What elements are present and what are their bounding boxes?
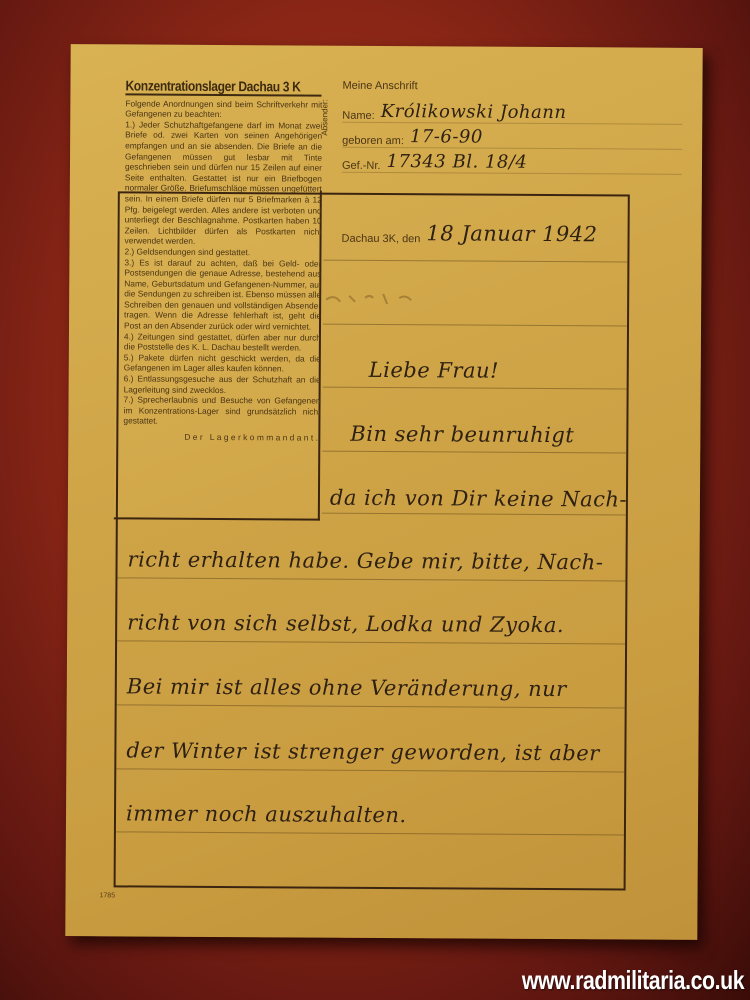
date-value: 18 Januar 1942 (426, 221, 597, 246)
letter-line-6: Bei mir ist alles ohne Veränderung, nur (127, 674, 567, 701)
sender-side-label: Absender: (320, 76, 329, 136)
letter-line-4: richt erhalten habe. Gebe mir, bitte, Na… (128, 547, 604, 574)
place-label: Dachau 3K, den (342, 233, 421, 245)
birthdate-value: 17-6-90 (410, 127, 483, 147)
sender-address-block: Meine Anschrift Name: Królikowski Johann… (342, 80, 683, 175)
rules-panel: Konzentrationslager Dachau 3 K Folgende … (123, 80, 322, 443)
letter-line-5: richt von sich selbst, Lodka und Zyoka. (127, 610, 564, 637)
prisoner-number-label: Gef.-Nr. (342, 160, 381, 172)
form-title: Konzentrationslager Dachau 3 K (125, 80, 321, 96)
birthdate-label: geboren am: (342, 135, 404, 147)
rule-1: 1.) Jeder Schutzhaftgefangene darf im Mo… (124, 119, 322, 247)
prisoner-number-row: Gef.-Nr. 17343 Bl. 18/4 (342, 148, 682, 175)
rule-3: 3.) Es ist darauf zu achten, daß bei Gel… (124, 257, 321, 332)
rule-2: 2.) Geldsendungen sind gestattet. (124, 246, 321, 258)
rule-4: 4.) Zeitungen sind gestattet, dürfen abe… (124, 331, 321, 353)
address-heading: Meine Anschrift (342, 80, 682, 94)
letter-line-7: der Winter ist strenger geworden, ist ab… (126, 738, 599, 765)
birthdate-row: geboren am: 17-6-90 (342, 123, 682, 150)
watermark-url: www.radmilitaria.co.uk (522, 965, 744, 996)
letter-line-2: Bin sehr beunruhigt (350, 422, 574, 447)
letter-line-8: immer noch auszuhalten. (126, 801, 407, 827)
prisoner-number-value: 17343 Bl. 18/4 (386, 152, 527, 173)
ink-stain (321, 286, 421, 311)
name-row: Name: Królikowski Johann (342, 98, 682, 125)
rule-6: 6.) Entlassungsgesuche aus der Schutzhaf… (124, 373, 321, 395)
letter-line-1: Liebe Frau! (369, 358, 499, 383)
rule-7: 7.) Sprecherlaubnis und Besuche von Gefa… (123, 395, 320, 428)
letter-line-3: da ich von Dir keine Nach- (330, 486, 627, 512)
date-line: Dachau 3K, den 18 Januar 1942 (342, 221, 598, 247)
name-label: Name: (342, 110, 374, 122)
form-number: 1785 (100, 892, 116, 899)
commandant-signature: Der Lagerkommandant. (123, 431, 320, 443)
rules-intro: Folgende Anordnungen sind beim Schriftve… (125, 98, 322, 120)
letter-form-paper: Konzentrationslager Dachau 3 K Folgende … (65, 44, 702, 940)
name-value: Królikowski Johann (381, 102, 567, 123)
rule-5: 5.) Pakete dürfen nicht geschickt werden… (124, 352, 321, 374)
